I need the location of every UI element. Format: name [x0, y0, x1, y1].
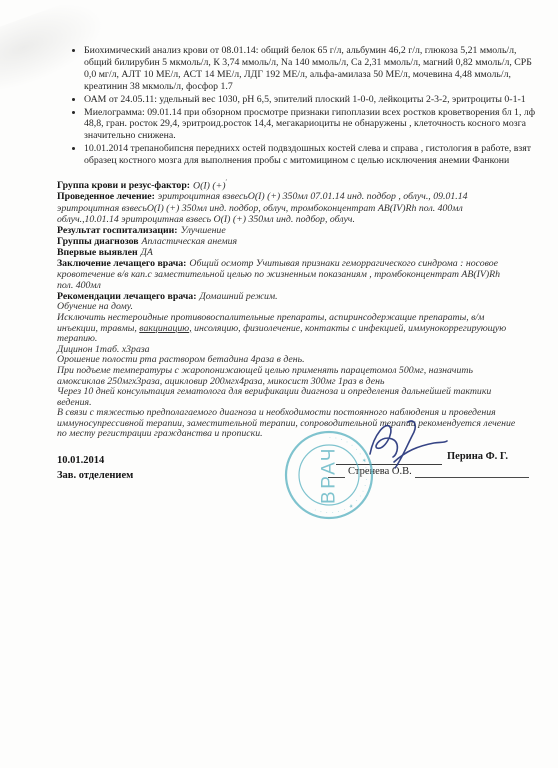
field-value: ДА [141, 247, 153, 258]
rec-fever-management: При подъеме температуры с жаропонижающей… [57, 366, 518, 387]
field-label: Группа крови и резус-фактор: [57, 180, 190, 191]
field-first-detected: Впервые выявленДА [57, 247, 518, 258]
field-diagnosis-group: Группы диагнозовАпластическая анемия [57, 236, 518, 247]
recommendations-block: Обучение на дому. Исключить нестероидные… [57, 302, 540, 440]
field-label: Результат госпитализации: [57, 225, 178, 236]
scanned-medical-discharge-document: Биохимический анализ крови от 08.01.14: … [0, 0, 558, 768]
field-value: O(I) (+) [193, 180, 225, 191]
rec-exclusions-underlined: вакцинацию, [139, 323, 191, 334]
lab-result-biochemistry: Биохимический анализ крови от 08.01.14: … [84, 45, 540, 93]
doctor-name-perina: Перина Ф. Г. [447, 451, 508, 462]
doctor-name-streneva: Стренева О.В. [345, 465, 415, 478]
rec-exclusions: Исключить нестероидные противовоспалител… [57, 313, 518, 345]
field-treatment: Проведенное лечение:эритроцитная взвесьO… [57, 191, 518, 224]
lab-result-myelogram: Миелограмма: 09.01.14 при обзорном просм… [84, 107, 540, 143]
document-body: Биохимический анализ крови от 08.01.14: … [57, 45, 540, 440]
field-label: Группы диагнозов [57, 236, 139, 247]
head-of-department-label: Зав. отделением [57, 470, 133, 481]
rec-hematologist-consult: Через 10 дней консультация гематолога дл… [57, 387, 518, 408]
field-value: Домашний режим. [199, 291, 277, 302]
second-signature-row: Стренева О.В. [328, 464, 529, 478]
field-blood-group: Группа крови и резус-фактор:O(I) (+)ʹ [57, 177, 518, 191]
field-hospitalization-result: Результат госпитализации:Улучшение [57, 225, 518, 236]
rec-treatment-at-residence: В связи с тяжестью предполагаемого диагн… [57, 408, 518, 440]
field-label: Заключение лечащего врача: [57, 258, 186, 269]
document-date: 10.01.2014 [57, 455, 104, 466]
lab-result-trephine-biopsy: 10.01.2014 трепанобипсня переднихх остей… [84, 143, 540, 167]
field-value: Апластическая анемия [142, 236, 238, 247]
signature-line [328, 464, 345, 478]
field-doctor-conclusion: Заключение лечащего врача:Общий осмотр У… [57, 258, 518, 291]
summary-fields: Группа крови и резус-фактор:O(I) (+)ʹ Пр… [57, 177, 540, 302]
signature-line [415, 464, 529, 478]
lab-result-urinalysis: ОАМ от 24.05.11: удельный вес 1030, pH 6… [84, 94, 540, 106]
field-label: Впервые выявлен [57, 247, 138, 258]
lab-results-list: Биохимический анализ крови от 08.01.14: … [57, 45, 540, 167]
field-value: Улучшение [181, 225, 226, 236]
handwritten-tick: ʹ [226, 178, 228, 186]
field-label: Проведенное лечение: [57, 191, 155, 202]
